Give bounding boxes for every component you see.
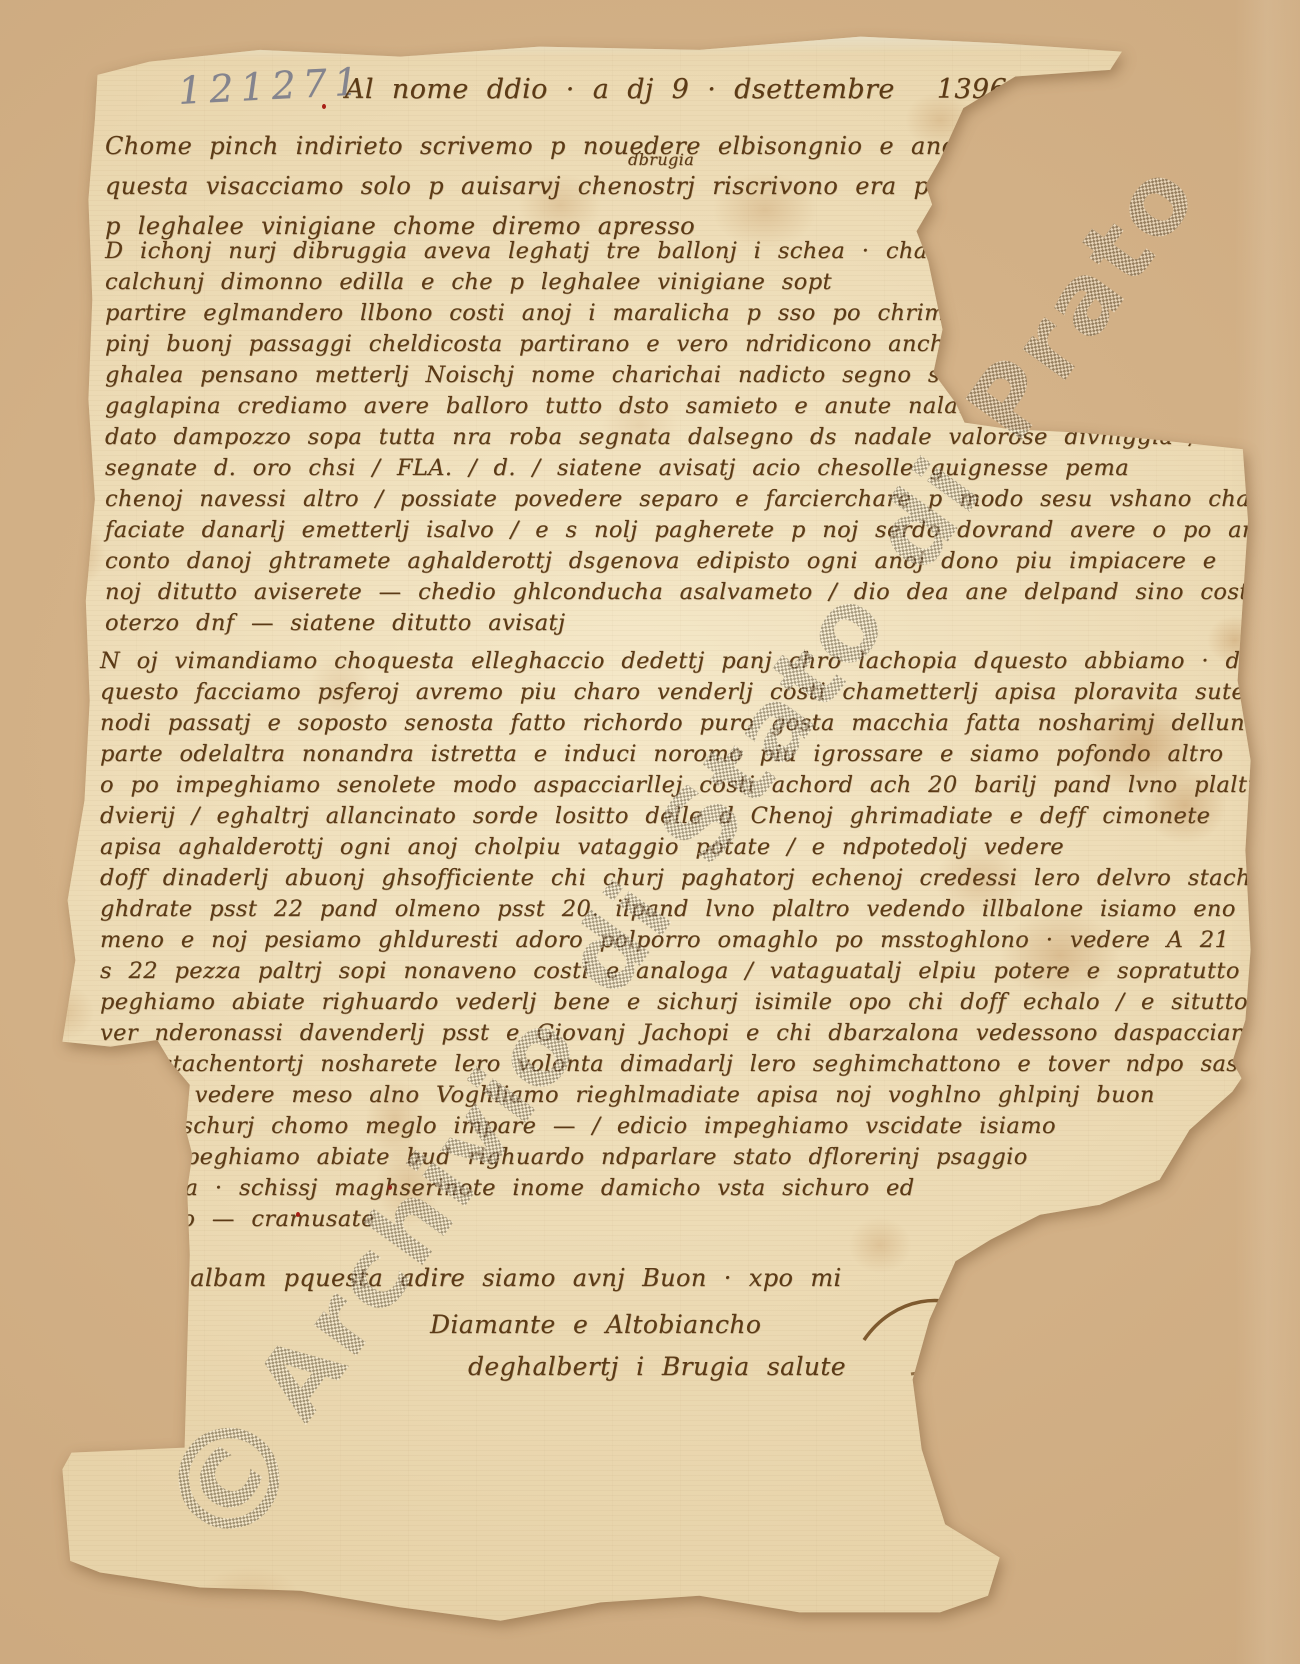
manuscript-line: questo facciamo psferoj avremo piu charo… <box>100 677 1300 708</box>
manuscript-line: peghiamo abiate righuardo vederlj bene e… <box>100 987 1300 1018</box>
manuscript-line: ver nderonassi davenderlj psst e Giovanj… <box>100 1018 1300 1049</box>
manuscript-line: Chome pinch indirieto scrivemo p noueder… <box>105 126 1091 166</box>
manuscript-line: tto fato — cramusate <box>100 1204 1300 1235</box>
notary-flourish <box>856 1278 1071 1383</box>
archival-number: 121271 <box>177 59 366 113</box>
manuscript-line: conto danoj ghtramete aghalderottj dsgen… <box>105 546 1300 577</box>
manuscript-line: oterzo dnf — siatene ditutto avisatj <box>105 608 1300 639</box>
dateline: Al nome ddio · a dj 9 · dsettembre1396 <box>345 74 1007 105</box>
manuscript-line: parte odelaltra nonandra istretta e indu… <box>100 739 1300 770</box>
manuscript-line: ora impeghiamo abiate bud righuardo ndpa… <box>100 1142 1300 1173</box>
manuscript-line: N oj vimandiamo choquesta elleghaccio de… <box>100 646 1300 677</box>
manuscript-line: segnate d. oro chsi / FLA. / d. / siaten… <box>105 453 1300 484</box>
manuscript-line: questa visacciamo solo p auisarvj chenos… <box>105 166 1091 206</box>
manuscript-line: ghdrate psst 22 pand olmeno psst 20. ilp… <box>100 894 1300 925</box>
scan-background: 121271 Al nome ddio · a dj 9 · dsettembr… <box>0 0 1300 1664</box>
manuscript-line: poterlj vedere meso alno Voghliamo riegh… <box>100 1080 1300 1111</box>
manuscript-line: o po impeghiamo senolete modo aspacciarl… <box>100 770 1300 801</box>
manuscript-line: D ichonj nurj dibruggia aveva leghatj tr… <box>105 236 1300 267</box>
manuscript-line: apisa aghalderottj ogni anoj cholpiu vat… <box>100 832 1300 863</box>
torn-top-edge-highlight <box>90 31 1125 62</box>
manuscript-line: calchunj dimonno edilla e che p leghalee… <box>105 267 1300 298</box>
manuscript-line: faciate danarlj emetterlj isalvo / e s n… <box>105 515 1300 546</box>
body-paragraph-1: D ichonj nurj dibruggia aveva leghatj tr… <box>105 236 1300 639</box>
body-paragraph-2: N oj vimandiamo choquesta elleghaccio de… <box>100 646 1300 1235</box>
dateline-text: Al nome ddio · a dj 9 · dsettembre <box>345 74 895 105</box>
red-ink-dots <box>322 104 326 109</box>
manuscript-line: gaglapina crediamo avere balloro tutto d… <box>105 391 1300 422</box>
manuscript-line: s 22 pezza paltrj sopi nonaveno costi e … <box>100 956 1300 987</box>
manuscript-line: posaglia · schissj maghserinote inome da… <box>100 1173 1300 1204</box>
manuscript-line: meno e noj pesiamo ghlduresti adoro polp… <box>100 925 1300 956</box>
manuscript-line: deghalbertj i Brugia salute <box>468 1346 846 1388</box>
manuscript-line: partire eglmandero llbono costi anoj i m… <box>105 298 1300 329</box>
manuscript-line: lino stachentortj nosharete lero volonta… <box>100 1049 1300 1080</box>
dateline-year: 1396 <box>937 74 1007 105</box>
manuscript-line: Diamante e Altobiancho <box>430 1304 846 1346</box>
manuscript-line: dvierij / eghaltrj allancinato sorde los… <box>100 801 1300 832</box>
manuscript-line: aggi eschurj chomo meglo impare — / edic… <box>100 1111 1300 1142</box>
manuscript-line: pinj buonj passaggi cheldicosta partiran… <box>105 329 1300 360</box>
manuscript-line: noj ditutto aviserete — chedio ghlconduc… <box>105 577 1300 608</box>
manuscript-line: doff dinaderlj abuonj ghsofficiente chi … <box>100 863 1300 894</box>
manuscript-line: nodi passatj e soposto senosta fatto ric… <box>100 708 1300 739</box>
closing-line: ero nalbam pquesta adire siamo avnj Buon… <box>116 1264 842 1292</box>
manuscript-line: dato dampozzo sopa tutta nra roba segnat… <box>105 422 1300 453</box>
manuscript-letter: 121271 Al nome ddio · a dj 9 · dsettembr… <box>0 0 1300 1664</box>
signature-block: Diamante e Altobianchodeghalbertj i Brug… <box>430 1304 846 1388</box>
manuscript-line: chenoj navessi altro / possiate povedere… <box>105 484 1300 515</box>
manuscript-line: ghalea pensano metterlj Noischj nome cha… <box>105 360 1300 391</box>
salutation-paragraph: Chome pinch indirieto scrivemo p noueder… <box>105 126 1091 246</box>
paper-shadow-wrap: 121271 Al nome ddio · a dj 9 · dsettembr… <box>0 0 1300 1664</box>
